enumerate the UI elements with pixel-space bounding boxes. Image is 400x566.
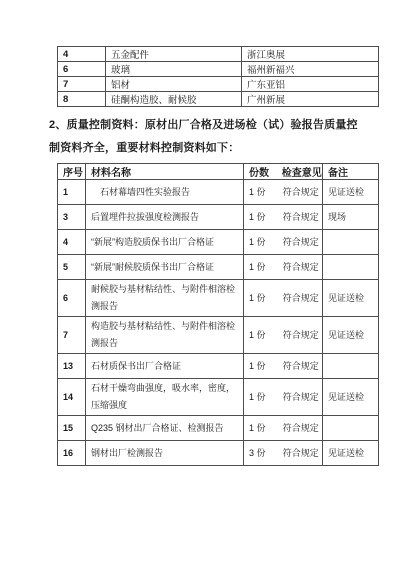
suppliers-table: 4 五金配件 浙江奥展 6 玻璃 福州新福兴 7 铝材 广东亚铝 8 硅酮构造胶… xyxy=(57,46,379,107)
cell-copies: 1 份 xyxy=(244,255,280,280)
supplier-row: 6 玻璃 福州新福兴 xyxy=(58,62,379,77)
header-material-name: 材料名称 xyxy=(86,164,244,180)
cell-remark xyxy=(323,416,379,441)
material-row: 15 Q235 钢材出厂合格证、检测报告 1 份 符合规定 xyxy=(58,416,379,441)
cell-copies: 1 份 xyxy=(244,317,280,354)
cell-supplier-name: 福州新福兴 xyxy=(242,62,379,77)
cell-inspection-opinion: 符合规定 xyxy=(280,230,323,255)
cell-serial-number: 7 xyxy=(58,317,86,354)
cell-remark: 见证送检 xyxy=(323,379,379,416)
cell-material-name: 石材干燥弯曲强度，吸水率，密度，压缩强度 xyxy=(86,379,244,416)
cell-supplier-name: 浙江奥展 xyxy=(242,47,379,62)
section-heading-line2: 制资料齐全，重要材料控制资料如下： xyxy=(49,137,391,160)
material-row: 16 钢材出厂检测报告 3 份 符合规定 见证送检 xyxy=(58,441,379,466)
cell-inspection-opinion: 符合规定 xyxy=(280,379,323,416)
header-remark: 备注 xyxy=(323,164,379,180)
cell-remark xyxy=(323,230,379,255)
cell-material-name: 后置埋件拉拔强度检测报告 xyxy=(86,205,244,230)
cell-remark xyxy=(323,354,379,379)
cell-material-name: 耐候胶与基材粘结性、与附件相溶检测报告 xyxy=(86,280,244,317)
document-page: 4 五金配件 浙江奥展 6 玻璃 福州新福兴 7 铝材 广东亚铝 8 硅酮构造胶… xyxy=(0,0,400,566)
cell-inspection-opinion: 符合规定 xyxy=(280,416,323,441)
cell-material-name: “新展”耐候胶质保书出厂合格证 xyxy=(86,255,244,280)
header-inspection-opinion: 检查意见 xyxy=(280,164,323,180)
materials-table: 序号 材料名称 份数 检查意见 备注 1 石材幕墙四性实验报告 1 份 符合规定… xyxy=(57,163,379,466)
material-row: 1 石材幕墙四性实验报告 1 份 符合规定 见证送检 xyxy=(58,180,379,205)
cell-material-name: 石材幕墙四性实验报告 xyxy=(86,180,244,205)
materials-header-row: 序号 材料名称 份数 检查意见 备注 xyxy=(58,164,379,180)
cell-serial-number: 7 xyxy=(58,77,106,92)
material-row: 7 构造胶与基材粘结性、与附件相溶检测报告 1 份 符合规定 见证送检 xyxy=(58,317,379,354)
section-heading: 2、质量控制资料：原材出厂合格及进场检（试）验报告质量控 制资料齐全，重要材料控… xyxy=(49,114,391,160)
cell-material-name: 钢材出厂检测报告 xyxy=(86,441,244,466)
material-row: 6 耐候胶与基材粘结性、与附件相溶检测报告 1 份 符合规定 见证送检 xyxy=(58,280,379,317)
cell-remark xyxy=(323,255,379,280)
material-row: 5 “新展”耐候胶质保书出厂合格证 1 份 符合规定 xyxy=(58,255,379,280)
cell-remark: 见证送检 xyxy=(323,317,379,354)
cell-inspection-opinion: 符合规定 xyxy=(280,280,323,317)
section-heading-line1: 2、质量控制资料：原材出厂合格及进场检（试）验报告质量控 xyxy=(49,114,391,137)
cell-serial-number: 16 xyxy=(58,441,86,466)
material-row: 4 “新展”构造胶质保书出厂合格证 1 份 符合规定 xyxy=(58,230,379,255)
cell-inspection-opinion: 符合规定 xyxy=(280,255,323,280)
cell-serial-number: 3 xyxy=(58,205,86,230)
cell-copies: 1 份 xyxy=(244,354,280,379)
cell-serial-number: 15 xyxy=(58,416,86,441)
cell-material-name: Q235 钢材出厂合格证、检测报告 xyxy=(86,416,244,441)
cell-inspection-opinion: 符合规定 xyxy=(280,317,323,354)
cell-material-name: “新展”构造胶质保书出厂合格证 xyxy=(86,230,244,255)
cell-serial-number: 5 xyxy=(58,255,86,280)
cell-serial-number: 4 xyxy=(58,230,86,255)
cell-serial-number: 4 xyxy=(58,47,106,62)
cell-material-name: 铝材 xyxy=(106,77,242,92)
supplier-row: 4 五金配件 浙江奥展 xyxy=(58,47,379,62)
cell-material-name: 五金配件 xyxy=(106,47,242,62)
cell-remark: 见证送检 xyxy=(323,180,379,205)
header-serial-number: 序号 xyxy=(58,164,86,180)
cell-copies: 1 份 xyxy=(244,416,280,441)
cell-inspection-opinion: 符合规定 xyxy=(280,180,323,205)
cell-supplier-name: 广州新展 xyxy=(242,92,379,107)
cell-copies: 1 份 xyxy=(244,230,280,255)
cell-serial-number: 8 xyxy=(58,92,106,107)
material-row: 3 后置埋件拉拔强度检测报告 1 份 符合规定 现场 xyxy=(58,205,379,230)
cell-serial-number: 1 xyxy=(58,180,86,205)
cell-copies: 3 份 xyxy=(244,441,280,466)
cell-copies: 1 份 xyxy=(244,379,280,416)
cell-copies: 1 份 xyxy=(244,205,280,230)
cell-copies: 1 份 xyxy=(244,280,280,317)
cell-material-name: 玻璃 xyxy=(106,62,242,77)
cell-remark: 见证送检 xyxy=(323,441,379,466)
cell-inspection-opinion: 符合规定 xyxy=(280,441,323,466)
cell-material-name: 石材质保书出厂合格证 xyxy=(86,354,244,379)
header-copies: 份数 xyxy=(244,164,280,180)
cell-inspection-opinion: 符合规定 xyxy=(280,354,323,379)
cell-serial-number: 14 xyxy=(58,379,86,416)
cell-remark: 见证送检 xyxy=(323,280,379,317)
cell-material-name: 硅酮构造胶、耐候胶 xyxy=(106,92,242,107)
cell-copies: 1 份 xyxy=(244,180,280,205)
supplier-row: 8 硅酮构造胶、耐候胶 广州新展 xyxy=(58,92,379,107)
cell-inspection-opinion: 符合规定 xyxy=(280,205,323,230)
cell-serial-number: 6 xyxy=(58,280,86,317)
cell-serial-number: 13 xyxy=(58,354,86,379)
supplier-row: 7 铝材 广东亚铝 xyxy=(58,77,379,92)
cell-supplier-name: 广东亚铝 xyxy=(242,77,379,92)
material-row: 14 石材干燥弯曲强度，吸水率，密度，压缩强度 1 份 符合规定 见证送检 xyxy=(58,379,379,416)
cell-material-name: 构造胶与基材粘结性、与附件相溶检测报告 xyxy=(86,317,244,354)
cell-serial-number: 6 xyxy=(58,62,106,77)
cell-remark: 现场 xyxy=(323,205,379,230)
material-row: 13 石材质保书出厂合格证 1 份 符合规定 xyxy=(58,354,379,379)
